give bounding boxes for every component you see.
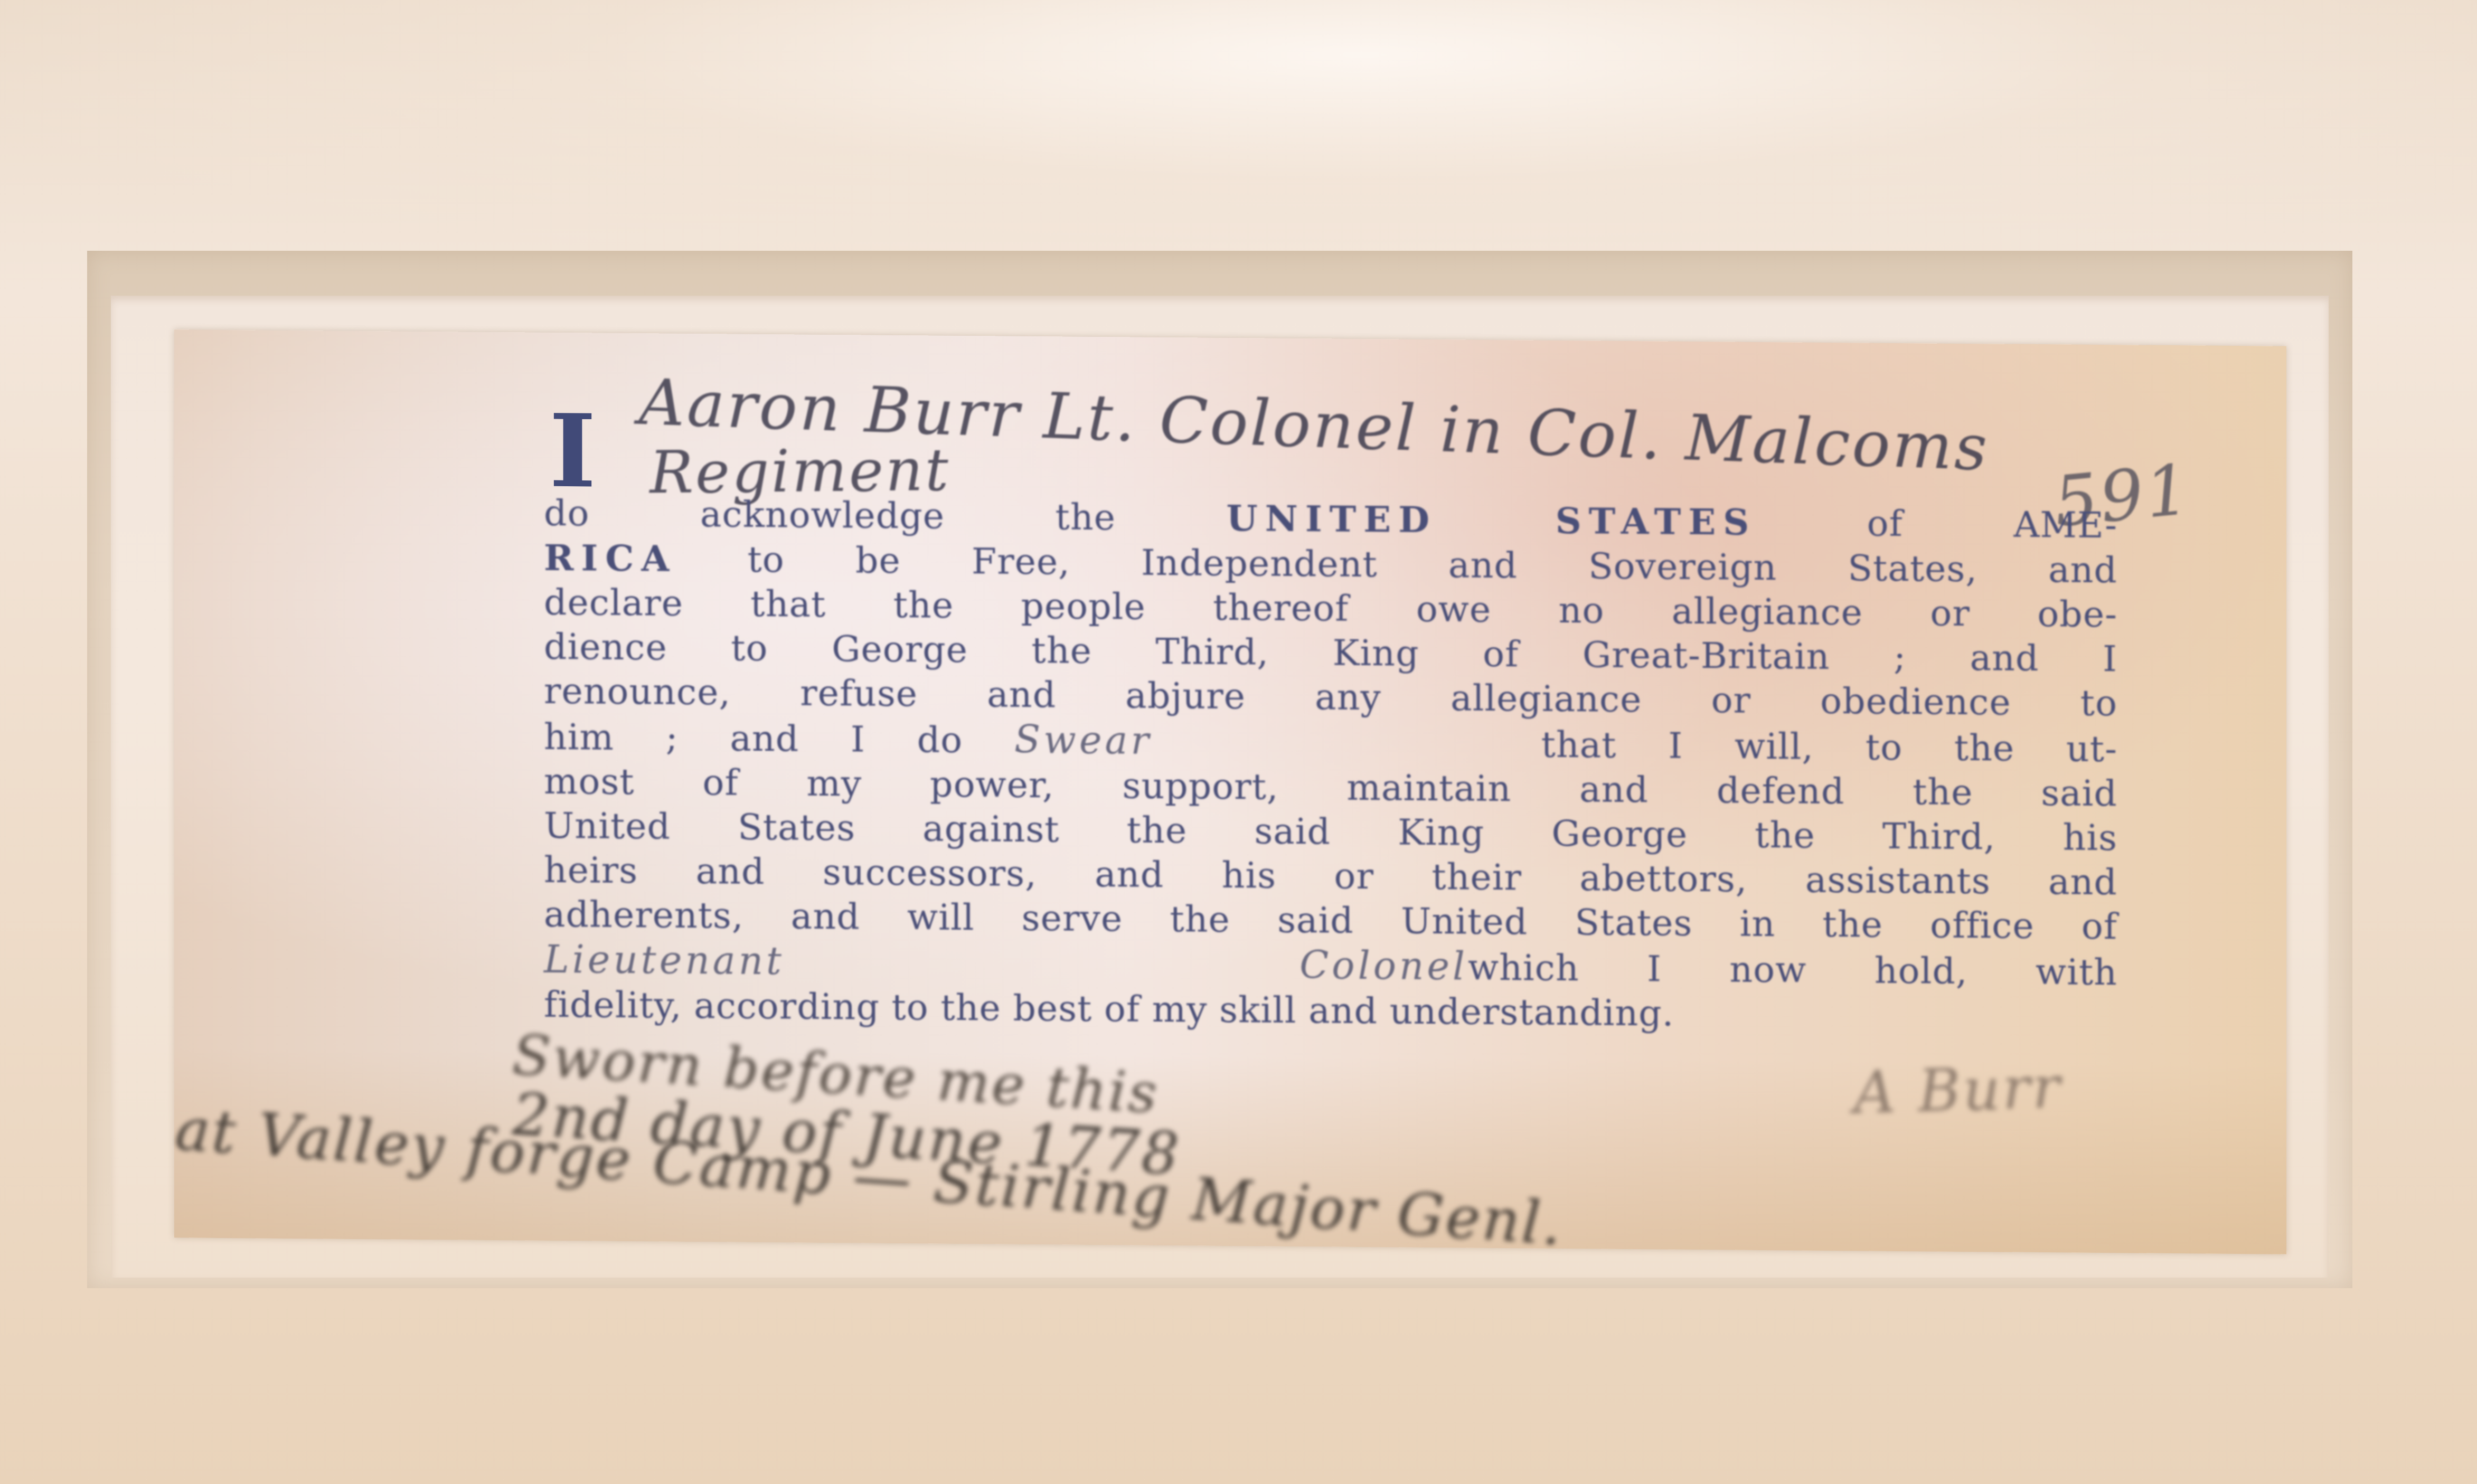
oath-text: do acknowledge the xyxy=(544,493,1226,540)
oath-document: I Aaron Burr Lt. Colonel in Col. Malcoms… xyxy=(174,329,2286,1254)
drop-cap: I xyxy=(549,401,596,502)
handwritten-fill-in-office: Lieutenant Colonel xyxy=(544,937,1468,989)
oath-text: that I will, to the ut- xyxy=(1541,724,2117,771)
oath-caps: UNITED STATES xyxy=(1226,497,1756,544)
handwritten-fill-in-swear: Swear xyxy=(1014,717,1152,763)
oath-text: of AME- xyxy=(1756,502,2117,546)
signature: A Burr xyxy=(1852,1053,2063,1127)
oath-caps: RICA xyxy=(544,537,676,580)
fill-in-blank: Swear xyxy=(1014,717,1490,767)
oath-text: which I now hold, with xyxy=(1468,947,2117,994)
glass-glare xyxy=(0,0,2477,275)
printed-oath-text: do acknowledge the UNITED STATES of AME-… xyxy=(544,491,2117,1039)
oath-text: him ; and I do xyxy=(544,716,963,761)
